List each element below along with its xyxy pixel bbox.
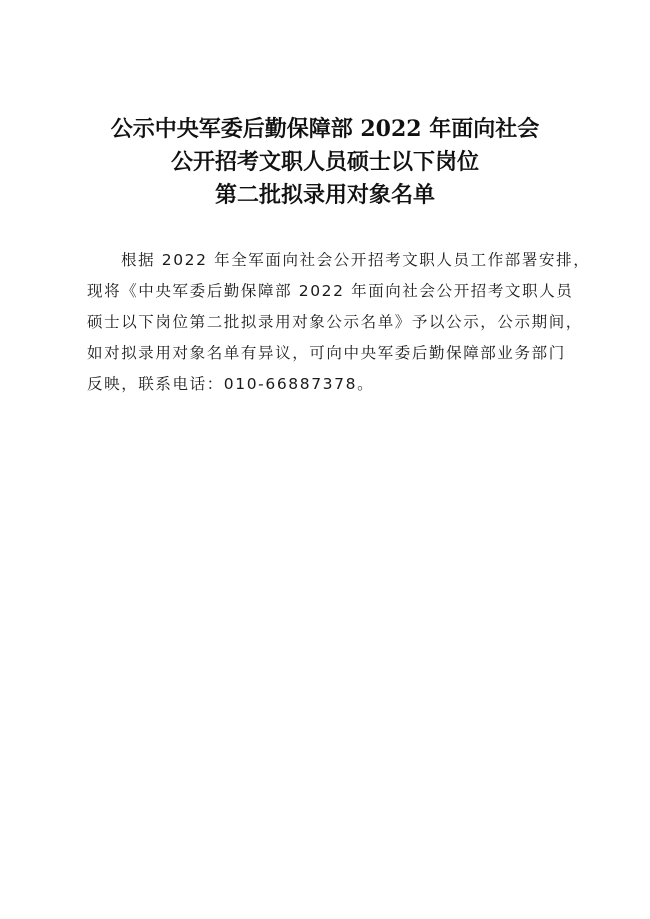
document-body: 根据 2022 年全军面向社会公开招考文职人员工作部署安排， 现将《中央军委后勤…	[87, 245, 579, 400]
title-line-3: 第二批拟录用对象名单	[0, 179, 650, 212]
title-line-2: 公开招考文职人员硕士以下岗位	[0, 146, 650, 179]
body-line-4: 如对拟录用对象名单有异议，可向中央军委后勤保障部业务部门	[87, 338, 579, 369]
body-line-1: 根据 2022 年全军面向社会公开招考文职人员工作部署安排，	[87, 245, 579, 276]
document-title: 公示中央军委后勤保障部 2022 年面向社会 公开招考文职人员硕士以下岗位 第二…	[0, 113, 650, 212]
body-line-5: 反映，联系电话：010-66887378。	[87, 369, 579, 400]
body-line-2: 现将《中央军委后勤保障部 2022 年面向社会公开招考文职人员	[87, 276, 579, 307]
body-line-3: 硕士以下岗位第二批拟录用对象公示名单》予以公示，公示期间，	[87, 307, 579, 338]
title-line-1: 公示中央军委后勤保障部 2022 年面向社会	[0, 113, 650, 146]
document-page: 公示中央军委后勤保障部 2022 年面向社会 公开招考文职人员硕士以下岗位 第二…	[0, 0, 650, 919]
